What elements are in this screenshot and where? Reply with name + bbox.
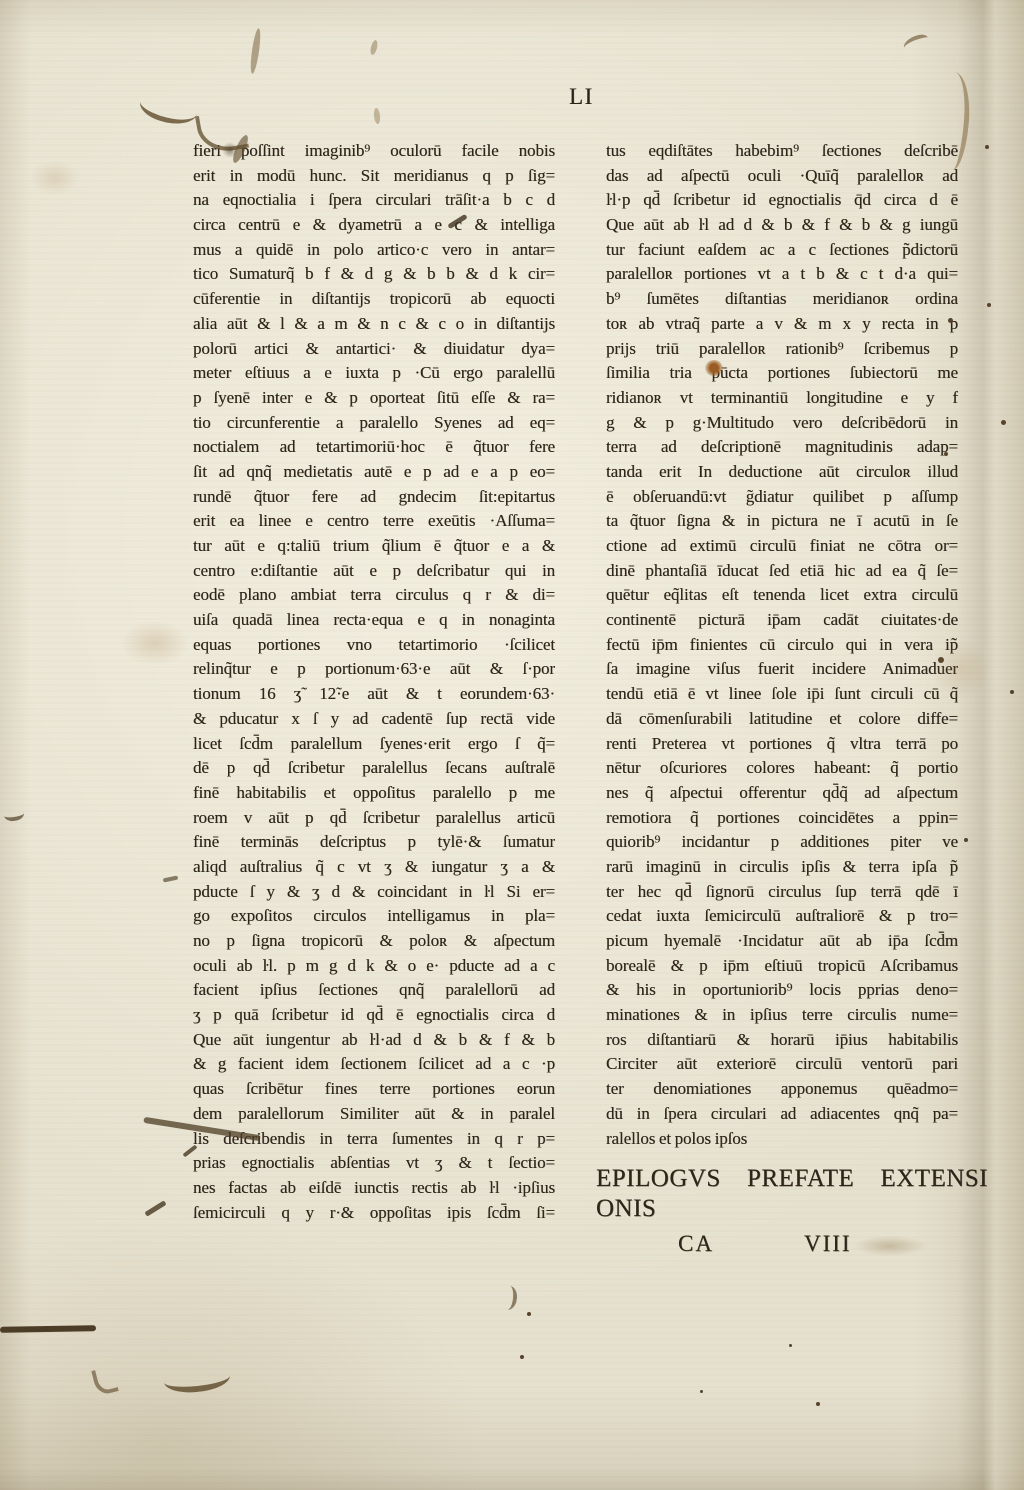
- wormhole: [520, 1355, 524, 1359]
- text-line: ſimilia tria pūcta portiones ſubiectorū …: [606, 361, 958, 386]
- text-line: cedat iuxta ſemicirculū auſtraliorē & p …: [606, 904, 958, 929]
- text-line: remotiora q̃ portiones coincidētes a ppi…: [606, 806, 958, 831]
- text-line: quas ſcribētur fines terre portiones eor…: [193, 1077, 555, 1102]
- text-line: borealē & p ip̄m eſtiuū tropicū Aſcribam…: [606, 954, 958, 979]
- text-line: ſemicirculi q y r·& oppoſitas ipis ſcd̄m…: [193, 1201, 555, 1226]
- text-line: nes q̃ aſpectui offerentur qd̄q̃ ad aſpe…: [606, 781, 958, 806]
- text-line: g & p g·Multitudo vero deſcribēdorū in: [606, 411, 958, 436]
- text-line: quētur eq̃litas eſt tenenda licet extra …: [606, 583, 958, 608]
- text-line: rarū imaginū in circulis ipſis & terra i…: [606, 855, 958, 880]
- text-line: oculi ab ŀl. p m g d k & o e· pducte ad …: [193, 954, 555, 979]
- text-line: tur faciunt eaſdem ac a c ſectiones p̃di…: [606, 238, 958, 263]
- left-column-lines: fieri poſſint imaginib⁹ oculorū facile n…: [193, 139, 555, 1225]
- ink-mark: [373, 108, 381, 125]
- ink-mark: [249, 28, 262, 75]
- text-line: p ſyenē inter e & p oporteat ſitū eſſe &…: [193, 386, 555, 411]
- text-line: ʒ p quā ſcribetur id qd̄ ē egnoctialis c…: [193, 1003, 555, 1028]
- text-line: das ad aſpectū oculi ·Quīq̃ paralelloʀ a…: [606, 164, 958, 189]
- text-line: polorū artici & antartici· & diuidatur d…: [193, 337, 555, 362]
- text-line: erit in modū hunc. Sit meridianus q p ſi…: [193, 164, 555, 189]
- ink-mark: [502, 1285, 518, 1310]
- text-line: ſa imagine viſus fuerit incidere Animadu…: [606, 657, 958, 682]
- wormhole: [527, 1312, 531, 1316]
- text-line: nētur oſcuriores colores habeant: q̃ por…: [606, 756, 958, 781]
- text-line: Circiter aūt exteriorē circulū ventorū p…: [606, 1052, 958, 1077]
- text-line: ŀl·p qd̄ ſcribetur id egnoctialis q̄d ci…: [606, 188, 958, 213]
- text-line: na eqnoctialia i ſpera circulari trāſit·…: [193, 188, 555, 213]
- text-line: & his in oportuniorib⁹ locis pprias deno…: [606, 978, 958, 1003]
- text-line: Que aūt iungentur ab ŀl·ad d & b & f & b: [193, 1028, 555, 1053]
- text-line: picum hyemalē ·Incidatur aūt ab ip̄a ſcd…: [606, 929, 958, 954]
- text-line: dinē phantaſiā īducat ſed etiā hic ad ea…: [606, 559, 958, 584]
- text-column-right: tus eqdiſtātes habebim⁹ ſectiones deſcri…: [606, 139, 958, 1257]
- text-line: & g facient idem ſectionem ſcilicet ad a…: [193, 1052, 555, 1077]
- wormhole: [987, 303, 991, 307]
- text-line: tio circunferentie a paralello Syenes ad…: [193, 411, 555, 436]
- epilog-heading: EPILOGVS PREFATE EXTENSI ONIS CA VIII: [596, 1164, 988, 1257]
- text-line: ros diſtantiarū & horarū ip̄ius habitabi…: [606, 1028, 958, 1053]
- text-line: & pducatur x ſ y ad cadentē ſup rectā vi…: [193, 707, 555, 732]
- text-line: mus a quidē in polo artico·c vero in ant…: [193, 238, 555, 263]
- text-line: rundē q̃tuor fere ad gndecim ſit:epitart…: [193, 485, 555, 510]
- text-line: b⁹ ſumētes diſtantias meridianoʀ ordina: [606, 287, 958, 312]
- chapter-label: CA: [678, 1232, 714, 1257]
- text-line: ta q̃tuor ſigna & in pictura ne ī acutū …: [606, 509, 958, 534]
- wormhole: [789, 1344, 792, 1347]
- ink-mark: [369, 39, 378, 55]
- text-line: dē p qd̄ ſcribetur paralellus ſecans auſ…: [193, 756, 555, 781]
- chapter-line: CA VIII: [596, 1232, 988, 1257]
- text-line: meter eſtiuus a e iuxta p ·Cū ergo paral…: [193, 361, 555, 386]
- text-line: lis deſcribendis in terra ſumentes in q …: [193, 1127, 555, 1152]
- text-line: nes factas ab eiſdē iunctis rectis ab ŀl…: [193, 1176, 555, 1201]
- ink-squiggle: [163, 1363, 231, 1396]
- text-line: finē habitabilis et oppoſitus paralello …: [193, 781, 555, 806]
- book-page: LI fieri poſſint imaginib⁹ oculorū facil…: [0, 0, 1024, 1490]
- wormhole: [700, 1390, 703, 1393]
- text-line: roem v aūt p qd̄ ſcribetur paralellus ar…: [193, 806, 555, 831]
- text-line: dā cōmenſurabili latitudine et colore di…: [606, 707, 958, 732]
- text-line: no p ſigna tropicorū & poloʀ & aſpectum: [193, 929, 555, 954]
- right-column-lines: tus eqdiſtātes habebim⁹ ſectiones deſcri…: [606, 139, 958, 1151]
- text-line: erit ea linee e centro terre exeūtis ·Aſ…: [193, 509, 555, 534]
- text-line: ralellos et polos ipſos: [606, 1127, 958, 1152]
- text-line: ter hec qd̄ ſignorū circulus ſup terrā q…: [606, 880, 958, 905]
- text-line: prijs triū paralelloʀ rationib⁹ ſcribemu…: [606, 337, 958, 362]
- text-line: alia aūt & l & a m & n c & c o in diſtan…: [193, 312, 555, 337]
- text-line: licet ſcd̄m paralellum ſyenes·erit ergo …: [193, 732, 555, 757]
- text-column-left: fieri poſſint imaginib⁹ oculorū facile n…: [193, 139, 555, 1225]
- text-line: facient ipſius ſectiones qnq̃ paralellor…: [193, 978, 555, 1003]
- text-line: tanda erit In deductione aūt circuloʀ il…: [606, 460, 958, 485]
- text-line: tico Sumaturq̃ b f & d g & b b & d k cir…: [193, 262, 555, 287]
- text-line: pducte ſ y & ʒ d & coincidant in ŀl Si e…: [193, 880, 555, 905]
- text-line: toʀ ab vtraq̃ parte a v & m x y recta in…: [606, 312, 958, 337]
- text-line: dū in ſpera circulari ad adiacentes qnq̃…: [606, 1102, 958, 1127]
- margin-mark: [3, 807, 25, 823]
- text-line: ctione ad extimū circulū finiat ne cōtra…: [606, 534, 958, 559]
- text-line: continentē picturā ip̄am cadāt ciuitates…: [606, 608, 958, 633]
- text-line: tendū etiā ē vt linee ſole ip̄i ſunt cir…: [606, 682, 958, 707]
- text-line: minationes & in ipſius terre circulis nu…: [606, 1003, 958, 1028]
- text-line: equas portiones vno tetartimorio ·ſcilic…: [193, 633, 555, 658]
- text-line: finē terminās deſcriptus p tylē·& ſumatu…: [193, 830, 555, 855]
- text-line: aliqd auſtralius q̃ c vt ʒ & iungatur ʒ …: [193, 855, 555, 880]
- text-line: ter denomiationes apponemus quēadmo=: [606, 1077, 958, 1102]
- chapter-number: VIII: [804, 1232, 852, 1257]
- text-line: fieri poſſint imaginib⁹ oculorū facile n…: [193, 139, 555, 164]
- wormhole: [816, 1402, 820, 1406]
- text-line: tur aūt e q:taliū trium q̃lium ē q̃tuor …: [193, 534, 555, 559]
- text-line: prias egnoctialis abſentias vt ʒ & t ſec…: [193, 1151, 555, 1176]
- wormhole: [1001, 420, 1006, 425]
- text-line: paralelloʀ portiones vt a t b & c t d·a …: [606, 262, 958, 287]
- text-line: Que aūt ab ŀl ad d & b & f & b & g iungū: [606, 213, 958, 238]
- foxing-spot: [120, 620, 190, 666]
- text-line: tus eqdiſtātes habebim⁹ ſectiones deſcri…: [606, 139, 958, 164]
- wormhole: [964, 838, 968, 842]
- text-line: centro e:diſtantie aūt e p deſcribatur q…: [193, 559, 555, 584]
- text-line: cūferentie in diſtantijs tropicorū ab eq…: [193, 287, 555, 312]
- text-line: renti Preterea vt portiones q̃ vltra ter…: [606, 732, 958, 757]
- folio-number: LI: [569, 84, 594, 110]
- ink-squiggle: [91, 1366, 119, 1397]
- text-line: fectū ip̄m finientes cū circulo qui in v…: [606, 633, 958, 658]
- margin-mark: [163, 875, 179, 882]
- margin-mark: [144, 1200, 166, 1216]
- text-line: ſit ad qnq̃ medietatis autē e p ad e a p…: [193, 460, 555, 485]
- foxing-spot: [30, 160, 80, 196]
- epilog-heading-line1: EPILOGVS PREFATE EXTENSI: [596, 1164, 988, 1194]
- wormhole: [1010, 690, 1014, 694]
- text-line: noctialem ad tetartimoriū·hoc ē q̃tuor f…: [193, 435, 555, 460]
- text-line: ridianoʀ vt terminantiū longitudine e y …: [606, 386, 958, 411]
- wormhole: [985, 145, 989, 149]
- ink-squiggle: [137, 84, 202, 131]
- ink-mark: [901, 32, 930, 53]
- epilog-heading-line2: ONIS: [596, 1194, 988, 1224]
- text-line: dem paralellorum Similiter aūt & in para…: [193, 1102, 555, 1127]
- text-line: quiorib⁹ incidantur p additiones piter v…: [606, 830, 958, 855]
- text-line: go expoſitos circulos intelligamus in pl…: [193, 904, 555, 929]
- text-line: eodē plano ambiat terra circulus q r & d…: [193, 583, 555, 608]
- text-line: ē obſeruandū:vt g̃diatur quilibet p aſſu…: [606, 485, 958, 510]
- text-line: tionum 16 ʒ̃ 12̃·e aūt & t eorundem·63·: [193, 682, 555, 707]
- text-line: circa centrū e & dyametrū a e c & intell…: [193, 213, 555, 238]
- text-line: terra ad deſcriptionē magnitudinis adap=: [606, 435, 958, 460]
- text-line: relinq̃tur e p portionum·63·e aūt & ſ·po…: [193, 657, 555, 682]
- margin-dash: [0, 1325, 96, 1333]
- text-line: uiſa quadā linea recta·equa e q in nonag…: [193, 608, 555, 633]
